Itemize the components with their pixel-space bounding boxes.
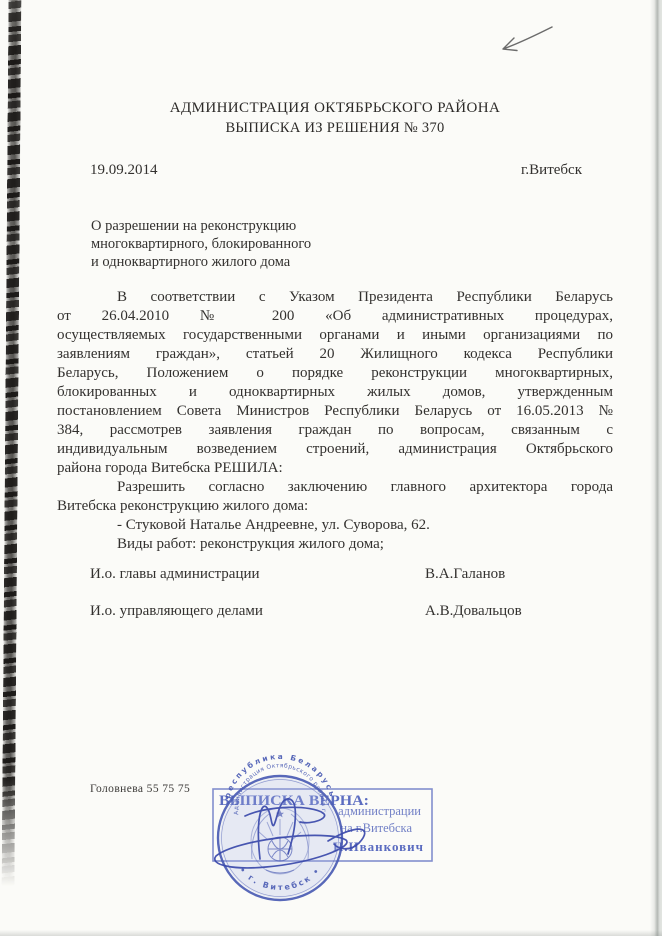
stamp-line2-fragment: администрации xyxy=(338,804,421,818)
subject-line: О разрешении на реконструкцию xyxy=(91,217,311,235)
pen-checkmark xyxy=(490,18,560,63)
body-line: индивидуальным возведением строений, адм… xyxy=(57,440,613,459)
body-line: 384, рассмотрев заявления граждан по воп… xyxy=(57,421,613,440)
body-line: постановлением Совета Министров Республи… xyxy=(57,402,613,421)
body-line: от 26.04.2010 № 200 «Об административных… xyxy=(57,307,613,326)
signature-title: И.о. главы администрации xyxy=(90,566,260,582)
stamp-area: ВЫПИСКА ВЕРНА: администрации на г.Витебс… xyxy=(160,755,480,936)
signature-row: И.о. главы администрации В.А.Галанов xyxy=(90,566,560,603)
body-line: района города Витебска РЕШИЛА: xyxy=(57,459,613,478)
paper-right-edge xyxy=(650,0,662,936)
body-line: заявлениям граждан», статьей 20 Жилищног… xyxy=(57,345,613,364)
body-line: осуществляемых государственными органами… xyxy=(57,326,613,345)
scanned-document-page: АДМИНИСТРАЦИЯ ОКТЯБРЬСКОГО РАЙОНА ВЫПИСК… xyxy=(0,0,662,936)
body-line: Витебска реконструкцию жилого дома: xyxy=(57,497,613,516)
header-doc-type: ВЫПИСКА ИЗ РЕШЕНИЯ № 370 xyxy=(20,120,650,137)
body-line: - Стуковой Наталье Андреевне, ул. Суворо… xyxy=(57,516,613,535)
body-line: Беларусь, Положением о порядке реконстру… xyxy=(57,364,613,383)
body-line: блокированных и одноквартирных жилых дом… xyxy=(57,383,613,402)
signature-name: А.В.Довальцов xyxy=(425,603,522,620)
paper-bottom-edge xyxy=(0,930,662,936)
signature-name: В.А.Галанов xyxy=(425,566,505,583)
scan-binding-artifact xyxy=(1,0,21,886)
header-org-name: АДМИНИСТРАЦИЯ ОКТЯБРЬСКОГО РАЙОНА xyxy=(20,100,650,117)
subject-line: многоквартирного, блокированного xyxy=(91,235,311,253)
signature-title: И.о. управляющего делами xyxy=(90,603,263,619)
signature-row: И.о. управляющего делами А.В.Довальцов xyxy=(90,603,560,640)
body-line: В соответствии с Указом Президента Респу… xyxy=(57,288,613,307)
round-seal: республика Беларусь Администрация Октябр… xyxy=(218,755,342,900)
subject-block: О разрешении на реконструкциюмногокварти… xyxy=(91,217,311,271)
stamp-line3-fragment: на г.Витебска xyxy=(340,821,412,835)
subject-line: и одноквартирного жилого дома xyxy=(91,253,311,271)
document-header: АДМИНИСТРАЦИЯ ОКТЯБРЬСКОГО РАЙОНА ВЫПИСК… xyxy=(20,100,650,137)
body-text: В соответствии с Указом Президента Респу… xyxy=(57,288,613,554)
signature-block: И.о. главы администрации В.А.Галанов И.о… xyxy=(90,566,560,640)
body-line: Разрешить согласно заключению главного а… xyxy=(57,478,613,497)
body-line: Виды работ: реконструкция жилого дома; xyxy=(57,535,613,554)
date-city-row: 19.09.2014 г.Витебск xyxy=(90,162,582,179)
document-date: 19.09.2014 xyxy=(90,162,158,179)
document-city: г.Витебск xyxy=(521,162,582,179)
